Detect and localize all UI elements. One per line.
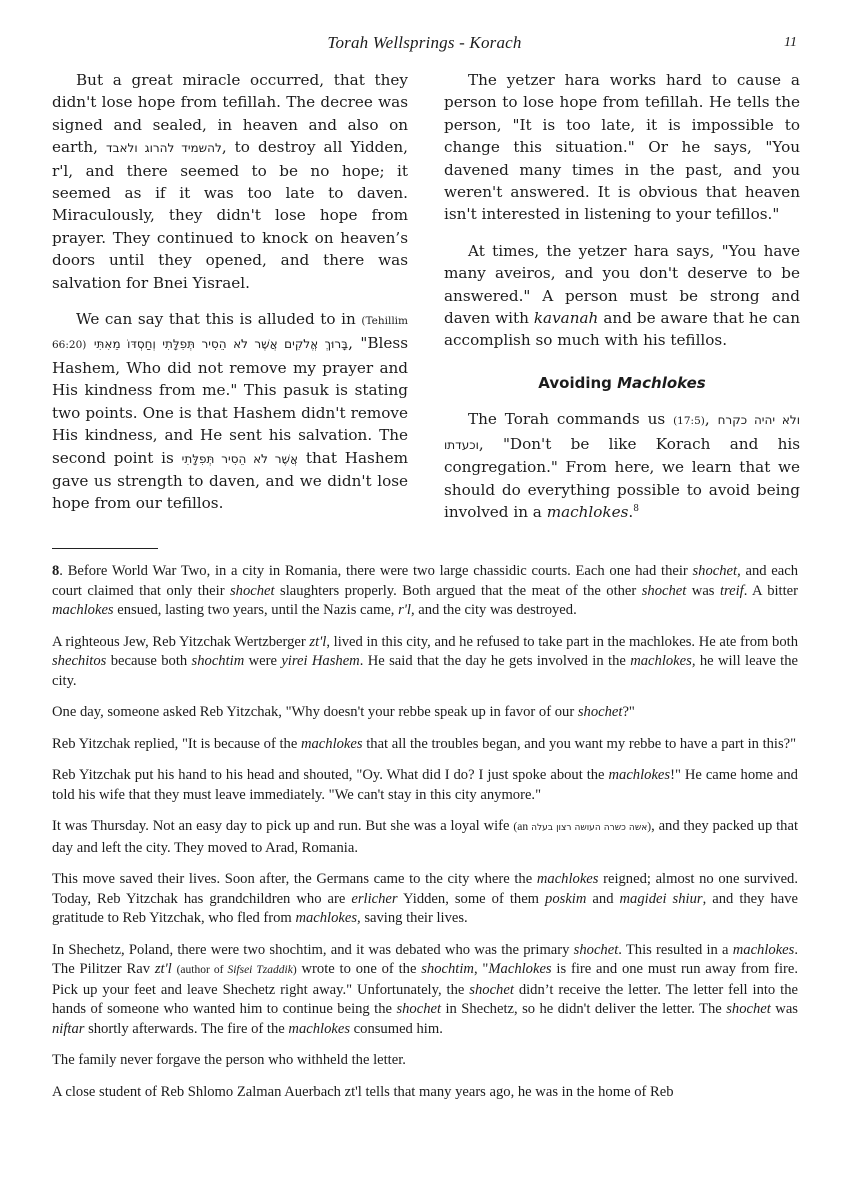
italic-term: shochet xyxy=(574,942,619,958)
italic-term: shechitos xyxy=(52,653,106,669)
italic-term: shochet xyxy=(230,583,275,599)
italic-term: Machlokes xyxy=(488,961,551,977)
small-text: (an xyxy=(513,821,531,833)
hebrew-phrase: אשה כשרה העושה רצון בעלה xyxy=(531,823,647,833)
italic-term: shochet xyxy=(642,583,687,599)
paragraph-torah-commands: The Torah commands us (17:5), ולא יהיה כ… xyxy=(444,408,800,523)
italic-term: machlokes xyxy=(547,503,629,521)
italic-term: erlicher xyxy=(351,891,397,907)
italic-term: zt'l xyxy=(155,961,172,977)
text: , xyxy=(705,410,718,428)
footnote-paragraph: Reb Yitzchak replied, "It is because of … xyxy=(52,735,798,755)
small-italic-title: Sifsei Tzaddik xyxy=(227,964,292,976)
italic-term: machlokes, xyxy=(630,653,695,669)
italic-term: yirei Hashem xyxy=(281,653,359,669)
hebrew-phrase: אֲשֶׁר לֹא הֵסִיר תְּפִלָּתִי xyxy=(182,452,298,466)
hebrew-quote: להשמיד להרוג ולאבד xyxy=(106,141,222,155)
italic-term: shochet xyxy=(726,1001,771,1017)
paragraph-yetzer-hara: The yetzer hara works hard to cause a pe… xyxy=(444,69,800,226)
source-reference: (17:5) xyxy=(673,415,705,427)
footnote-paragraph: 8. Before World War Two, in a city in Ro… xyxy=(52,562,798,621)
italic-term: machlokes xyxy=(537,871,599,887)
heading-text: Avoiding xyxy=(538,374,617,392)
italic-term: shochet xyxy=(578,704,623,720)
footnote-paragraph: The family never forgave the person who … xyxy=(52,1051,798,1071)
footnote-paragraph: A close student of Reb Shlomo Zalman Aue… xyxy=(52,1083,798,1103)
italic-term: treif xyxy=(720,583,744,599)
paragraph-alluded: We can say that this is alluded to in (T… xyxy=(52,308,408,515)
text: We can say that this is alluded to in xyxy=(76,310,361,328)
text: , to destroy all Yidden, r'l, and there … xyxy=(52,138,408,291)
paragraph-aveiros: At times, the yetzer hara says, "You hav… xyxy=(444,240,800,352)
footnote-paragraph: One day, someone asked Reb Yitzchak, "Wh… xyxy=(52,703,798,723)
running-title: Torah Wellsprings - Korach xyxy=(52,33,797,53)
italic-term: shochet xyxy=(396,1001,441,1017)
page-header: Torah Wellsprings - Korach 11 xyxy=(52,33,797,57)
footnote-reference[interactable]: 8 xyxy=(633,504,639,514)
italic-term: poskim xyxy=(545,891,586,907)
footnote-section: 8. Before World War Two, in a city in Ro… xyxy=(52,562,798,1114)
italic-term: machlokes xyxy=(608,767,670,783)
italic-term: machlokes, xyxy=(295,910,360,926)
italic-term: shochet xyxy=(469,982,514,998)
page-number: 11 xyxy=(784,35,797,51)
footnote-paragraph: A righteous Jew, Reb Yitzchak Wertzberge… xyxy=(52,633,798,692)
hebrew-verse: בָּרוּךְ אֱלֹקִים אֲשֶׁר לֹא הֵסִיר תְּפ… xyxy=(94,337,348,351)
italic-term: zt'l xyxy=(309,634,326,650)
small-text: ) xyxy=(293,964,297,976)
italic-term: machlokes xyxy=(301,736,363,752)
footnote-number: 8 xyxy=(52,563,59,579)
footnote-paragraph: This move saved their lives. Soon after,… xyxy=(52,870,798,929)
document-page: Torah Wellsprings - Korach 11 But a grea… xyxy=(0,0,849,1200)
italic-term: r'l xyxy=(398,602,411,618)
right-column: The yetzer hara works hard to cause a pe… xyxy=(444,69,800,537)
small-text: ) xyxy=(647,821,651,833)
italic-term: shochet xyxy=(693,563,738,579)
footnote-separator xyxy=(52,548,158,549)
paragraph-miracle: But a great miracle occurred, that they … xyxy=(52,69,408,294)
text: , "Bless Hashem, Who did not remove my p… xyxy=(52,334,408,466)
italic-term: shochtim xyxy=(192,653,245,669)
italic-term: machlokes xyxy=(733,942,795,958)
footnote-paragraph: Reb Yitzchak put his hand to his head an… xyxy=(52,766,798,805)
italic-term: machlokes xyxy=(52,602,114,618)
footnote-paragraph: In Shechetz, Poland, there were two shoc… xyxy=(52,941,798,1040)
footnote-paragraph: It was Thursday. Not an easy day to pick… xyxy=(52,817,798,858)
small-text: (author of xyxy=(177,964,228,976)
section-heading: Avoiding Machlokes xyxy=(444,372,800,394)
italic-term: machlokes xyxy=(288,1021,350,1037)
italic-term: shochtim xyxy=(421,961,474,977)
italic-term: magidei shiur xyxy=(620,891,703,907)
italic-term: niftar xyxy=(52,1021,84,1037)
text: The Torah commands us xyxy=(468,410,673,428)
heading-italic: Machlokes xyxy=(617,374,706,392)
italic-term: kavanah xyxy=(534,309,599,327)
left-column: But a great miracle occurred, that they … xyxy=(52,69,408,529)
